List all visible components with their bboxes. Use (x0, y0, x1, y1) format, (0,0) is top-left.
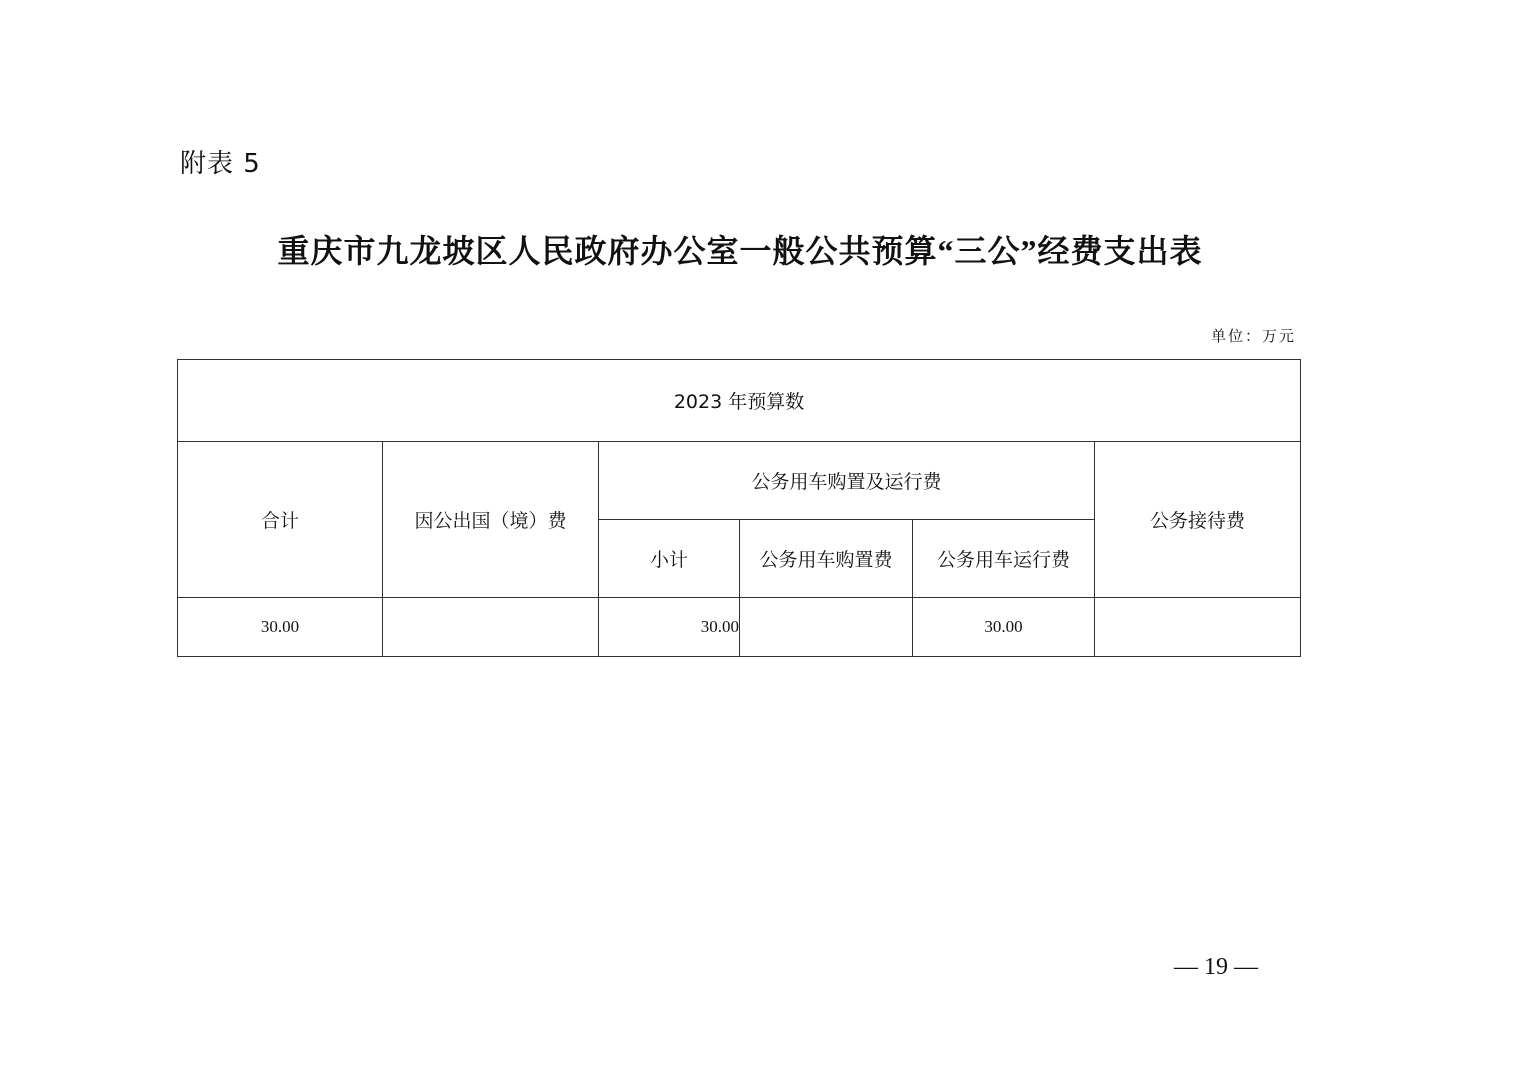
cell-reception (1095, 598, 1301, 657)
header-vehicle-group: 公务用车购置及运行费 (599, 442, 1095, 520)
header-budget-year: 2023 年预算数 (178, 360, 1301, 442)
unit-label: 单位：万元 (1211, 325, 1296, 346)
header-vehicle-purchase: 公务用车购置费 (740, 520, 913, 598)
cell-overseas (383, 598, 599, 657)
header-overseas: 因公出国（境）费 (383, 442, 599, 598)
header-reception: 公务接待费 (1095, 442, 1301, 598)
page-title: 重庆市九龙坡区人民政府办公室一般公共预算“三公”经费支出表 (0, 226, 1480, 272)
header-total: 合计 (178, 442, 383, 598)
table-row: 30.00 30.00 30.00 (178, 598, 1301, 657)
budget-table: 2023 年预算数 合计 因公出国（境）费 公务用车购置及运行费 公务接待费 小… (177, 359, 1301, 657)
cell-vehicle-operation: 30.00 (913, 598, 1095, 657)
cell-vehicle-subtotal: 30.00 (599, 598, 740, 657)
header-vehicle-operation: 公务用车运行费 (913, 520, 1095, 598)
header-vehicle-subtotal: 小计 (599, 520, 740, 598)
page-number: — 19 — (1174, 954, 1258, 981)
cell-vehicle-purchase (740, 598, 913, 657)
annex-label: 附表 5 (180, 143, 261, 180)
cell-total: 30.00 (178, 598, 383, 657)
